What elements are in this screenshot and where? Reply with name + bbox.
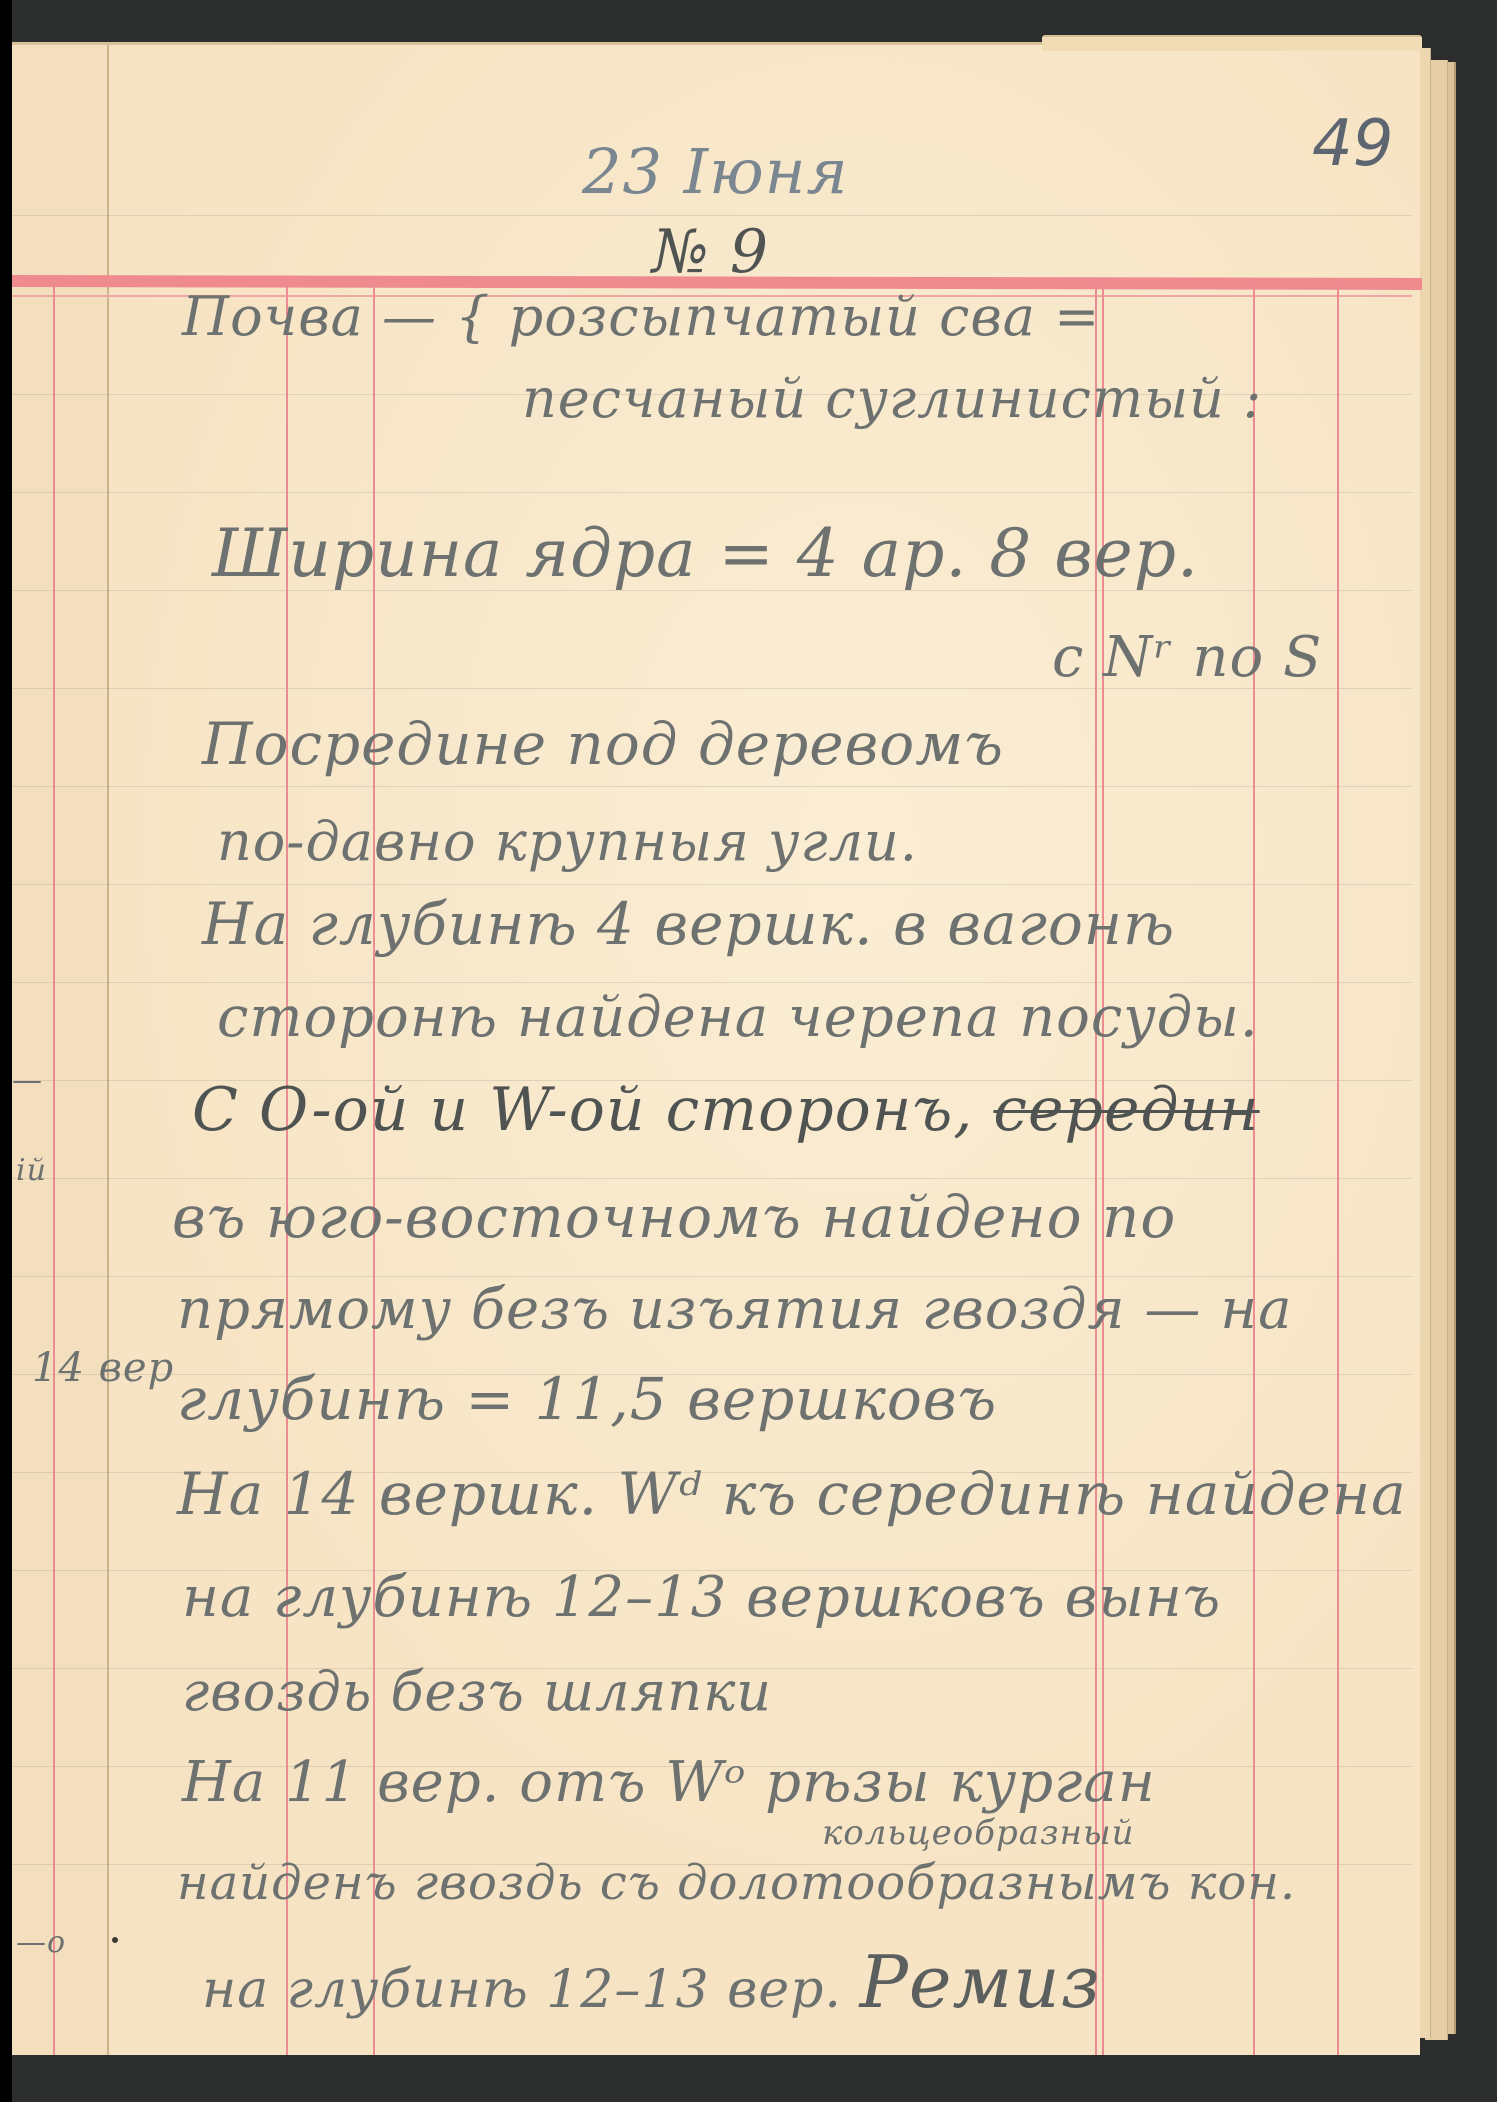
text-line: въ юго-восточномъ найдено по	[172, 1183, 1176, 1251]
text-line: На 11 вер. отъ Wᵒ рѣзы курган	[182, 1750, 1156, 1815]
text-line: с Nʳ по S	[1052, 625, 1322, 690]
interlinear-insert: кольцеобразный	[822, 1813, 1135, 1853]
text-line: На 14 вершк. Wᵈ къ серединѣ найдена	[177, 1460, 1407, 1528]
column-rule	[1253, 281, 1255, 2055]
text-line: С O-ой и W-ой сторонъ, середин	[192, 1075, 1260, 1145]
column-rule	[1337, 281, 1339, 2055]
text-line: найденъ гвоздь съ долотообразнымъ кон.	[177, 1855, 1296, 1911]
text-line: на глубинѣ 12–13 вершковъ вынъ	[182, 1565, 1221, 1630]
margin-note: 14 вер	[32, 1345, 174, 1391]
binding-hole	[112, 1937, 118, 1943]
margin-note: —	[12, 1063, 43, 1098]
column-rule	[53, 281, 55, 2055]
text-line: На глубинѣ 4 вершк. в вагонѣ	[202, 890, 1175, 958]
text-segment: на глубинѣ 12–13 вер.	[202, 1960, 859, 2020]
text-segment: С O-ой и W-ой сторонъ,	[192, 1075, 993, 1145]
entry-number: № 9	[652, 217, 769, 287]
ruled-line	[12, 786, 1412, 787]
scanner-border	[0, 0, 12, 2102]
ruled-line	[12, 982, 1412, 983]
notebook-page: — ій 14 вер —о 49 23 Іюня № 9 Почва — { …	[12, 42, 1420, 2055]
text-line: Посредине под деревомъ	[202, 710, 1004, 778]
ruled-line	[12, 884, 1412, 885]
text-line: гвоздь безъ шляпки	[182, 1660, 772, 1723]
text-line: глубинѣ = 11,5 вершковъ	[177, 1365, 997, 1433]
text-line: песчаный суглинистый :	[522, 367, 1262, 430]
struck-text: середин	[993, 1075, 1259, 1145]
page-number: 49	[1312, 107, 1393, 181]
ruled-line	[12, 215, 1412, 216]
text-line: сторонѣ найдена черепа посуды.	[217, 985, 1259, 1050]
previous-page-margin	[12, 45, 109, 2055]
page-tab	[1042, 35, 1422, 51]
entry-date: 23 Іюня	[582, 135, 849, 208]
text-line: по-давно крупныя угли.	[217, 810, 918, 873]
ruled-line	[12, 1178, 1412, 1179]
ruled-line	[12, 492, 1412, 493]
text-line: Почва — { розсыпчатый сва =	[182, 285, 1100, 348]
margin-note: —о	[16, 1925, 66, 1960]
text-line: прямому безъ изъятия гвоздя — на	[177, 1277, 1293, 1342]
margin-note: ій	[16, 1153, 47, 1188]
text-line: Ширина ядра = 4 ар. 8 вер.	[212, 515, 1199, 592]
signature: Ремиз	[859, 1940, 1100, 2024]
text-line: на глубинѣ 12–13 вер. Ремиз	[202, 1940, 1101, 2024]
